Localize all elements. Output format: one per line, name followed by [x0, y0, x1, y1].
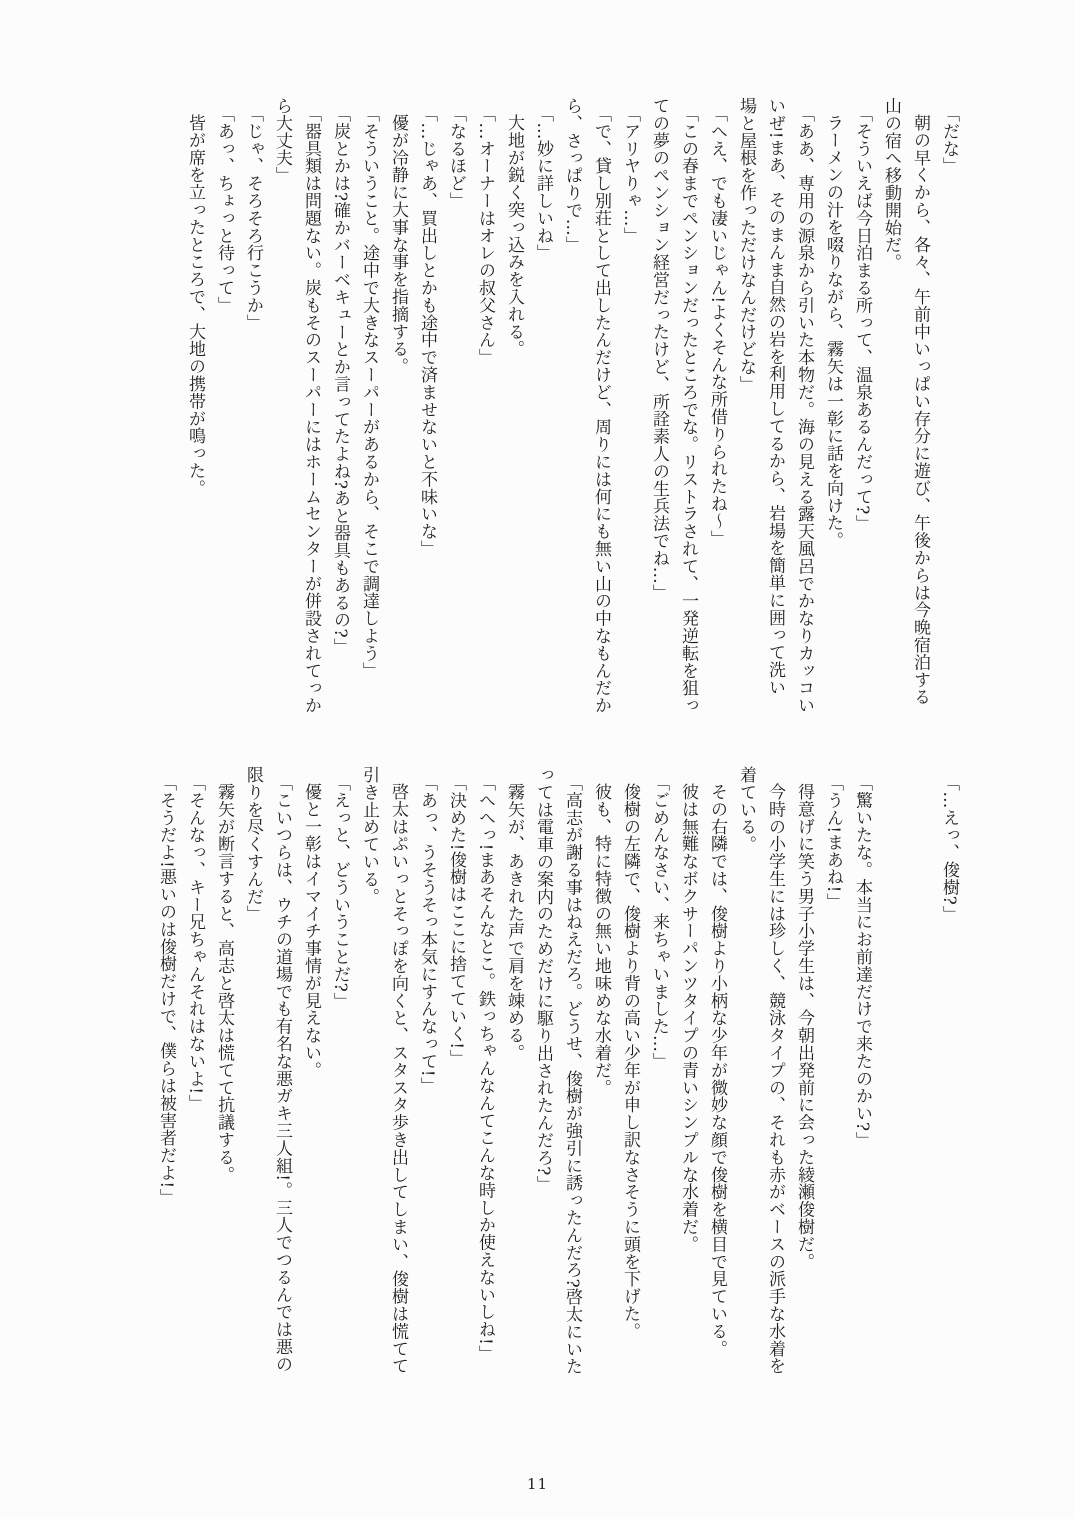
text-line: ての夢のペンション経営だったけど、所詮素人の生兵法でね…」 [644, 97, 673, 753]
text-line: 「この春までペンションだったところでな。リストラされて、一発逆転を狙っ [673, 97, 702, 753]
text-line: 「こいつらは、ウチの道場でも有名な悪ガキ三人組!。三人でつるんでは悪の [267, 766, 296, 1422]
text-line: 着ている。 [731, 766, 760, 1422]
text-line: っては電車の案内のためだけに駆り出されたんだろ?」 [528, 766, 557, 1422]
text-line: 「炭とかは?確かバーベキューとか言ってたよね?あと器具もあるの?」 [325, 97, 354, 753]
text-line: 「…オーナーはオレの叔父さん」 [470, 97, 499, 753]
text-line: ら大丈夫」 [267, 97, 296, 753]
text-line: 「あっ、うそうそっ本気にすんなって!」 [412, 766, 441, 1422]
text-line: 「決めた!俊樹はここに捨てていく!」 [441, 766, 470, 1422]
text-block-top: 「だな」朝の早くから、各々、午前中いっぱい存分に遊び、午後からは今晩宿泊する山の… [180, 97, 963, 753]
text-line: その右隣では、俊樹より小柄な少年が微妙な顔で俊樹を横目で見ている。 [702, 766, 731, 1422]
text-line: 「そういうこと。途中で大きなスーパーがあるから、そこで調達しよう」 [354, 97, 383, 753]
text-line: 「へえ、でも凄いじゃん!よくそんな所借りられたね〜」 [702, 97, 731, 753]
text-line: 優が冷静に大事な事を指摘する。 [383, 97, 412, 753]
text-line: 「うん!まあね!」 [818, 766, 847, 1422]
text-line: 彼も、特に特徴の無い地味めな水着だ。 [586, 766, 615, 1422]
text-line: 「なるほど」 [441, 97, 470, 753]
text-line [905, 766, 934, 1422]
text-line: 啓太はぷいっとそっぽを向くと、スタスタ歩き出してしまい、俊樹は慌てて [383, 766, 412, 1422]
text-line: 皆が席を立ったところで、大地の携帯が鳴った。 [180, 97, 209, 753]
text-line: 「…妙に詳しいね」 [528, 97, 557, 753]
text-line: 「高志が謝る事はねえだろ。どうせ、俊樹が強引に誘ったんだろ?啓太にいた [557, 766, 586, 1422]
text-line: 「だな」 [934, 97, 963, 753]
text-line: 霧矢が、あきれた声で肩を竦める。 [499, 766, 528, 1422]
page: 「だな」朝の早くから、各々、午前中いっぱい存分に遊び、午後からは今晩宿泊する山の… [0, 0, 1075, 1519]
text-line: 「じゃ、そろそろ行こうか」 [238, 97, 267, 753]
text-line: 「そんなっ、キー兄ちゃんそれはないよ!」 [180, 766, 209, 1422]
text-line: 霧矢が断言すると、高志と啓太は慌てて抗議する。 [209, 766, 238, 1422]
text-line: 今時の小学生には珍しく、競泳タイプの、それも赤がベースの派手な水着を [760, 766, 789, 1422]
text-line: ラーメンの汁を啜りながら、霧矢は一彰に話を向けた。 [818, 97, 847, 753]
text-line: 大地が鋭く突っ込みを入れる。 [499, 97, 528, 753]
text-line: 彼は無難なボクサーパンツタイプの青いシンプルな水着だ。 [673, 766, 702, 1422]
text-line [876, 766, 905, 1422]
text-line: 引き止めている。 [354, 766, 383, 1422]
text-line: ら、さっぱりで…」 [557, 97, 586, 753]
text-line: 俊樹の左隣で、俊樹より背の高い少年が申し訳なさそうに頭を下げた。 [615, 766, 644, 1422]
text-line: 得意げに笑う男子小学生は、今朝出発前に会った綾瀬俊樹だ。 [789, 766, 818, 1422]
text-line: 「そうだよ!悪いのは俊樹だけで、僕らは被害者だよ!」 [151, 766, 180, 1422]
text-line: 「ああ、専用の源泉から引いた本物だ。海の見える露天風呂でかなりカッコい [789, 97, 818, 753]
text-line: 優と一彰はイマイチ事情が見えない。 [296, 766, 325, 1422]
text-line: 限りを尽くすんだ」 [238, 766, 267, 1422]
text-line: 山の宿へ移動開始だ。 [876, 97, 905, 753]
text-line: 場と屋根を作っただけなんだけどな」 [731, 97, 760, 753]
text-line: 「器具類は問題ない。炭もそのスーパーにはホームセンターが併設されてっか [296, 97, 325, 753]
text-line: いぜ!まあ、そのまんま自然の岩を利用してるから、岩場を簡単に囲って洗い [760, 97, 789, 753]
text-line: 「ごめんなさい、来ちゃいました…」 [644, 766, 673, 1422]
text-line: 「…えっ、俊樹?」 [934, 766, 963, 1422]
text-line: 「驚いたな。本当にお前達だけで来たのかい?」 [847, 766, 876, 1422]
text-line: 「…じゃあ、買出しとかも途中で済ませないと不味いな」 [412, 97, 441, 753]
page-number: 11 [0, 1475, 1075, 1493]
text-line: 「アリヤりゃ…」 [615, 97, 644, 753]
text-line: 「あっ、ちょっと待って」 [209, 97, 238, 753]
text-block-bottom: 「…えっ、俊樹?」 「驚いたな。本当にお前達だけで来たのかい?」「うん!まあね!… [151, 766, 963, 1422]
text-line: 「そういえば今日泊まる所って、温泉あるんだって?」 [847, 97, 876, 753]
text-line: 「で、貸し別荘として出したんだけど、周りには何にも無い山の中なもんだか [586, 97, 615, 753]
text-line: 「えっと、どういうことだ?」 [325, 766, 354, 1422]
text-line: 朝の早くから、各々、午前中いっぱい存分に遊び、午後からは今晩宿泊する [905, 97, 934, 753]
text-line: 「へへっ!まあそんなとこ。鉄っちゃんなんてこんな時しか使えないしね!」 [470, 766, 499, 1422]
